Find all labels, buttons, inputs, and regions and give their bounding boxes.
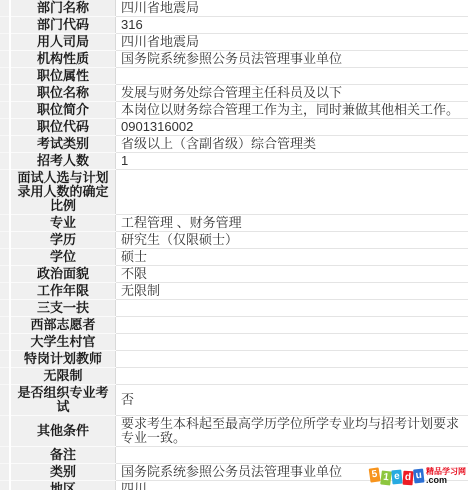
field-label: 专业: [10, 215, 116, 232]
logo-tile-d: d: [403, 471, 414, 486]
job-detail-table: 部门名称四川省地震局部门代码316用人司局四川省地震局机构性质国务院系统参照公务…: [0, 0, 468, 490]
table-row: 招考人数1: [0, 153, 468, 170]
field-label: 学位: [10, 249, 116, 266]
row-gutter: [0, 317, 10, 334]
row-gutter: [0, 17, 10, 34]
table-row: 面试人选与计划录用人数的确定比例: [0, 170, 468, 215]
field-label: 是否组织专业考试: [10, 385, 116, 416]
field-label: 政治面貌: [10, 266, 116, 283]
field-value: 硕士: [116, 249, 468, 266]
field-value: [116, 317, 468, 334]
51edu-watermark-logo: 51edu 精品学习网 .com: [369, 467, 466, 485]
job-detail-page: 部门名称四川省地震局部门代码316用人司局四川省地震局机构性质国务院系统参照公务…: [0, 0, 468, 490]
field-label: 考试类别: [10, 136, 116, 153]
logo-side-text: 精品学习网 .com: [426, 467, 466, 485]
field-label: 职位名称: [10, 85, 116, 102]
table-row: 职位简介本岗位以财务综合管理工作为主，同时兼做其他相关工作。: [0, 102, 468, 119]
row-gutter: [0, 464, 10, 481]
field-value: [116, 170, 468, 215]
field-value: [116, 368, 468, 385]
field-value: 不限: [116, 266, 468, 283]
field-value: [116, 447, 468, 464]
table-row: 职位名称发展与财务处综合管理主任科员及以下: [0, 85, 468, 102]
logo-letter-tiles: 51edu: [369, 471, 424, 485]
logo-tile-e: e: [391, 470, 402, 485]
job-table-body: 部门名称四川省地震局部门代码316用人司局四川省地震局机构性质国务院系统参照公务…: [0, 0, 468, 490]
table-row: 专业工程管理 、财务管理: [0, 215, 468, 232]
field-value: [116, 300, 468, 317]
table-row: 三支一扶: [0, 300, 468, 317]
field-value: 本岗位以财务综合管理工作为主，同时兼做其他相关工作。: [116, 102, 468, 119]
table-row: 职位属性: [0, 68, 468, 85]
row-gutter: [0, 283, 10, 300]
field-label: 特岗计划教师: [10, 351, 116, 368]
field-value: 1: [116, 153, 468, 170]
row-gutter: [0, 334, 10, 351]
field-value: 0901316002: [116, 119, 468, 136]
field-label: 部门代码: [10, 17, 116, 34]
table-row: 用人司局四川省地震局: [0, 34, 468, 51]
row-gutter: [0, 51, 10, 68]
table-row: 机构性质国务院系统参照公务员法管理事业单位: [0, 51, 468, 68]
field-label: 工作年限: [10, 283, 116, 300]
table-row: 备注: [0, 447, 468, 464]
field-label: 三支一扶: [10, 300, 116, 317]
field-label: 面试人选与计划录用人数的确定比例: [10, 170, 116, 215]
row-gutter: [0, 136, 10, 153]
field-value: 四川省地震局: [116, 0, 468, 17]
field-value: 要求考生本科起至最高学历学位所学专业均与招考计划要求专业一致。: [116, 416, 468, 447]
field-label: 大学生村官: [10, 334, 116, 351]
table-row: 政治面貌不限: [0, 266, 468, 283]
field-label: 学历: [10, 232, 116, 249]
field-value: 否: [116, 385, 468, 416]
field-value: 省级以上（含副省级）综合管理类: [116, 136, 468, 153]
table-row: 学位硕士: [0, 249, 468, 266]
row-gutter: [0, 368, 10, 385]
table-row: 大学生村官: [0, 334, 468, 351]
row-gutter: [0, 447, 10, 464]
table-row: 部门名称四川省地震局: [0, 0, 468, 17]
table-row: 学历研究生（仅限硕士）: [0, 232, 468, 249]
field-value: 316: [116, 17, 468, 34]
row-gutter: [0, 416, 10, 447]
field-value: 研究生（仅限硕士）: [116, 232, 468, 249]
row-gutter: [0, 68, 10, 85]
field-label: 类别: [10, 464, 116, 481]
field-label: 职位简介: [10, 102, 116, 119]
row-gutter: [0, 0, 10, 17]
table-row: 西部志愿者: [0, 317, 468, 334]
field-label: 地区: [10, 481, 116, 490]
table-row: 考试类别省级以上（含副省级）综合管理类: [0, 136, 468, 153]
field-label: 部门名称: [10, 0, 116, 17]
field-value: [116, 68, 468, 85]
field-label: 用人司局: [10, 34, 116, 51]
table-row: 无限制: [0, 368, 468, 385]
field-value: [116, 351, 468, 368]
field-label: 职位属性: [10, 68, 116, 85]
row-gutter: [0, 102, 10, 119]
logo-dotcom: .com: [426, 476, 466, 485]
field-value: 国务院系统参照公务员法管理事业单位: [116, 51, 468, 68]
field-label: 职位代码: [10, 119, 116, 136]
table-row: 特岗计划教师: [0, 351, 468, 368]
table-row: 部门代码316: [0, 17, 468, 34]
row-gutter: [0, 249, 10, 266]
logo-tile-1: 1: [380, 470, 392, 485]
row-gutter: [0, 170, 10, 215]
row-gutter: [0, 153, 10, 170]
field-value: 四川省地震局: [116, 34, 468, 51]
row-gutter: [0, 34, 10, 51]
field-label: 备注: [10, 447, 116, 464]
field-label: 西部志愿者: [10, 317, 116, 334]
field-value: 无限制: [116, 283, 468, 300]
row-gutter: [0, 300, 10, 317]
row-gutter: [0, 215, 10, 232]
field-label: 机构性质: [10, 51, 116, 68]
field-label: 其他条件: [10, 416, 116, 447]
logo-tile-5: 5: [369, 467, 381, 482]
table-row: 是否组织专业考试否: [0, 385, 468, 416]
row-gutter: [0, 85, 10, 102]
table-row: 其他条件要求考生本科起至最高学历学位所学专业均与招考计划要求专业一致。: [0, 416, 468, 447]
row-gutter: [0, 232, 10, 249]
row-gutter: [0, 385, 10, 416]
row-gutter: [0, 481, 10, 490]
field-value: 工程管理 、财务管理: [116, 215, 468, 232]
row-gutter: [0, 266, 10, 283]
table-row: 职位代码0901316002: [0, 119, 468, 136]
field-label: 招考人数: [10, 153, 116, 170]
table-row: 工作年限无限制: [0, 283, 468, 300]
field-value: 发展与财务处综合管理主任科员及以下: [116, 85, 468, 102]
logo-tile-u: u: [413, 469, 424, 484]
field-label: 无限制: [10, 368, 116, 385]
field-value: [116, 334, 468, 351]
row-gutter: [0, 351, 10, 368]
row-gutter: [0, 119, 10, 136]
